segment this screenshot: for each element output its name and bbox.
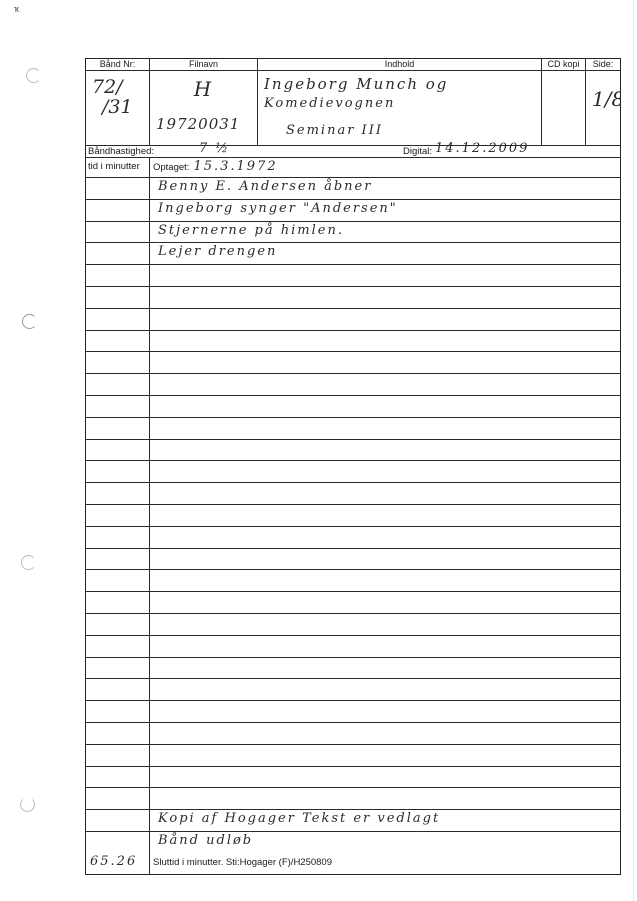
text-cell (150, 636, 620, 657)
header-cd-kopi: CD kopi (542, 59, 586, 70)
table-row (86, 461, 620, 483)
text-cell (150, 483, 620, 504)
text-cell: Bånd udløb (150, 832, 620, 854)
table-row (86, 549, 620, 571)
line-text: Ingeborg synger "Andersen" (158, 201, 398, 216)
table-row (86, 658, 620, 680)
table-row (86, 374, 620, 396)
text-cell (150, 549, 620, 570)
info-row: 72/ /31 H 19720031 Ingeborg Munch og Kom… (86, 71, 620, 146)
table-row (86, 701, 620, 723)
text-cell: Kopi af Hogager Tekst er vedlagt (150, 810, 620, 831)
time-cell (86, 309, 150, 330)
time-cell (86, 592, 150, 613)
text-cell (150, 658, 620, 679)
table-row: Ingeborg synger "Andersen" (86, 200, 620, 222)
text-cell (150, 505, 620, 526)
punch-hole-icon (22, 314, 37, 329)
table-row (86, 440, 620, 462)
time-cell (86, 810, 150, 831)
corner-mark: ҡ (14, 4, 19, 14)
text-cell (150, 592, 620, 613)
digital-value: 14.12.2009 (435, 143, 529, 154)
time-cell (86, 178, 150, 199)
table-row: Benny E. Andersen åbner (86, 178, 620, 200)
text-cell (150, 527, 620, 548)
table-row (86, 570, 620, 592)
tid-label: tid i minutter (86, 158, 150, 177)
end-time-cell: 65.26 (86, 854, 150, 874)
line-text: Lejer drengen (158, 244, 277, 259)
table-row (86, 527, 620, 549)
time-cell (86, 679, 150, 700)
punch-hole-icon (20, 797, 35, 812)
table-row (86, 505, 620, 527)
text-cell: Stjernerne på himlen. (150, 222, 620, 243)
bandhastighed-value: 7 ½ (199, 143, 230, 154)
cd-kopi-cell (542, 71, 586, 145)
time-cell (86, 331, 150, 352)
table-row (86, 331, 620, 353)
time-cell (86, 483, 150, 504)
optaget-value: 15.3.1972 (193, 159, 277, 174)
text-cell (150, 418, 620, 439)
header-band-nr: Bånd Nr: (86, 59, 150, 70)
text-cell (150, 287, 620, 308)
time-cell (86, 243, 150, 264)
time-cell (86, 265, 150, 286)
time-cell (86, 418, 150, 439)
punch-hole-icon (26, 68, 41, 83)
table-row (86, 396, 620, 418)
table-row: Kopi af Hogager Tekst er vedlagt (86, 810, 620, 832)
speed-row: Båndhastighed: 7 ½ Digital: 14.12.2009 (86, 146, 620, 158)
text-cell (150, 265, 620, 286)
time-cell (86, 352, 150, 373)
text-cell (150, 614, 620, 635)
page-edge (633, 0, 634, 901)
bandhastighed-label: Båndhastighed: (88, 146, 154, 157)
table-row (86, 483, 620, 505)
text-cell (150, 788, 620, 809)
line-text: Bånd udløb (158, 833, 253, 848)
text-cell (150, 374, 620, 395)
header-indhold: Indhold (258, 59, 542, 70)
table-row: Stjernerne på himlen. (86, 222, 620, 244)
side-value: 1/8 (592, 87, 620, 111)
text-cell (150, 461, 620, 482)
filnavn-cell: H 19720031 (150, 71, 258, 145)
side-cell: 1/8 (586, 71, 620, 145)
end-row: 65.26 Sluttid i minutter. Sti:Hogager (F… (86, 854, 620, 874)
table-row (86, 788, 620, 810)
band-nr-cell: 72/ /31 (86, 71, 150, 145)
line-text: Benny E. Andersen åbner (158, 179, 372, 194)
time-cell (86, 745, 150, 766)
table-row: Bånd udløb (86, 832, 620, 854)
digital-label: Digital: (403, 146, 432, 157)
indhold-line: Komedievognen (264, 96, 395, 111)
time-cell (86, 570, 150, 591)
scanned-page: ҡ Bånd Nr: Filnavn Indhold CD kopi Side:… (0, 0, 637, 901)
table-row (86, 636, 620, 658)
table-row (86, 265, 620, 287)
text-cell (150, 396, 620, 417)
time-cell (86, 832, 150, 854)
line-text: Kopi af Hogager Tekst er vedlagt (158, 811, 440, 826)
time-cell (86, 767, 150, 788)
time-cell (86, 701, 150, 722)
band-nr-value: 72/ /31 (92, 77, 133, 117)
tape-log-form: Bånd Nr: Filnavn Indhold CD kopi Side: 7… (85, 58, 621, 875)
indhold-line: Ingeborg Munch og (264, 75, 448, 93)
recorded-row: tid i minutter Optaget:15.3.1972 (86, 158, 620, 178)
table-row (86, 287, 620, 309)
text-cell (150, 570, 620, 591)
content-lines: Benny E. Andersen åbnerIngeborg synger "… (86, 178, 620, 854)
time-cell (86, 374, 150, 395)
time-cell (86, 440, 150, 461)
time-cell (86, 723, 150, 744)
filnavn-number: 19720031 (156, 115, 240, 133)
header-filnavn: Filnavn (150, 59, 258, 70)
indhold-cell: Ingeborg Munch og Komedievognen Seminar … (258, 71, 542, 145)
header-row: Bånd Nr: Filnavn Indhold CD kopi Side: (86, 59, 620, 71)
text-cell: Benny E. Andersen åbner (150, 178, 620, 199)
text-cell: Lejer drengen (150, 243, 620, 264)
table-row (86, 723, 620, 745)
band-nr-line1: 72/ (92, 76, 123, 98)
time-cell (86, 505, 150, 526)
text-cell (150, 309, 620, 330)
optaget-label: Optaget: (153, 162, 189, 173)
text-cell: Ingeborg synger "Andersen" (150, 200, 620, 221)
table-row (86, 309, 620, 331)
text-cell (150, 745, 620, 766)
end-time-value: 65.26 (90, 854, 137, 869)
time-cell (86, 614, 150, 635)
table-row (86, 614, 620, 636)
time-cell (86, 549, 150, 570)
text-cell (150, 331, 620, 352)
band-nr-line2: /31 (92, 97, 133, 117)
punch-hole-icon (21, 555, 36, 570)
optaget-cell: Optaget:15.3.1972 (150, 158, 620, 177)
line-text: Stjernerne på himlen. (158, 223, 344, 238)
time-cell (86, 396, 150, 417)
text-cell (150, 352, 620, 373)
table-row (86, 767, 620, 789)
time-cell (86, 658, 150, 679)
text-cell (150, 440, 620, 461)
text-cell (150, 767, 620, 788)
time-cell (86, 200, 150, 221)
table-row: Lejer drengen (86, 243, 620, 265)
text-cell (150, 723, 620, 744)
header-side: Side: (586, 59, 620, 70)
table-row (86, 679, 620, 701)
table-row (86, 592, 620, 614)
indhold-line: Seminar III (286, 123, 383, 138)
time-cell (86, 527, 150, 548)
filnavn-prefix: H (150, 77, 257, 101)
time-cell (86, 461, 150, 482)
table-row (86, 352, 620, 374)
text-cell (150, 701, 620, 722)
table-row (86, 418, 620, 440)
time-cell (86, 222, 150, 243)
text-cell (150, 679, 620, 700)
table-row (86, 745, 620, 767)
time-cell (86, 636, 150, 657)
time-cell (86, 287, 150, 308)
time-cell (86, 788, 150, 809)
end-label: Sluttid i minutter. Sti:Hogager (F)/H250… (150, 854, 620, 874)
